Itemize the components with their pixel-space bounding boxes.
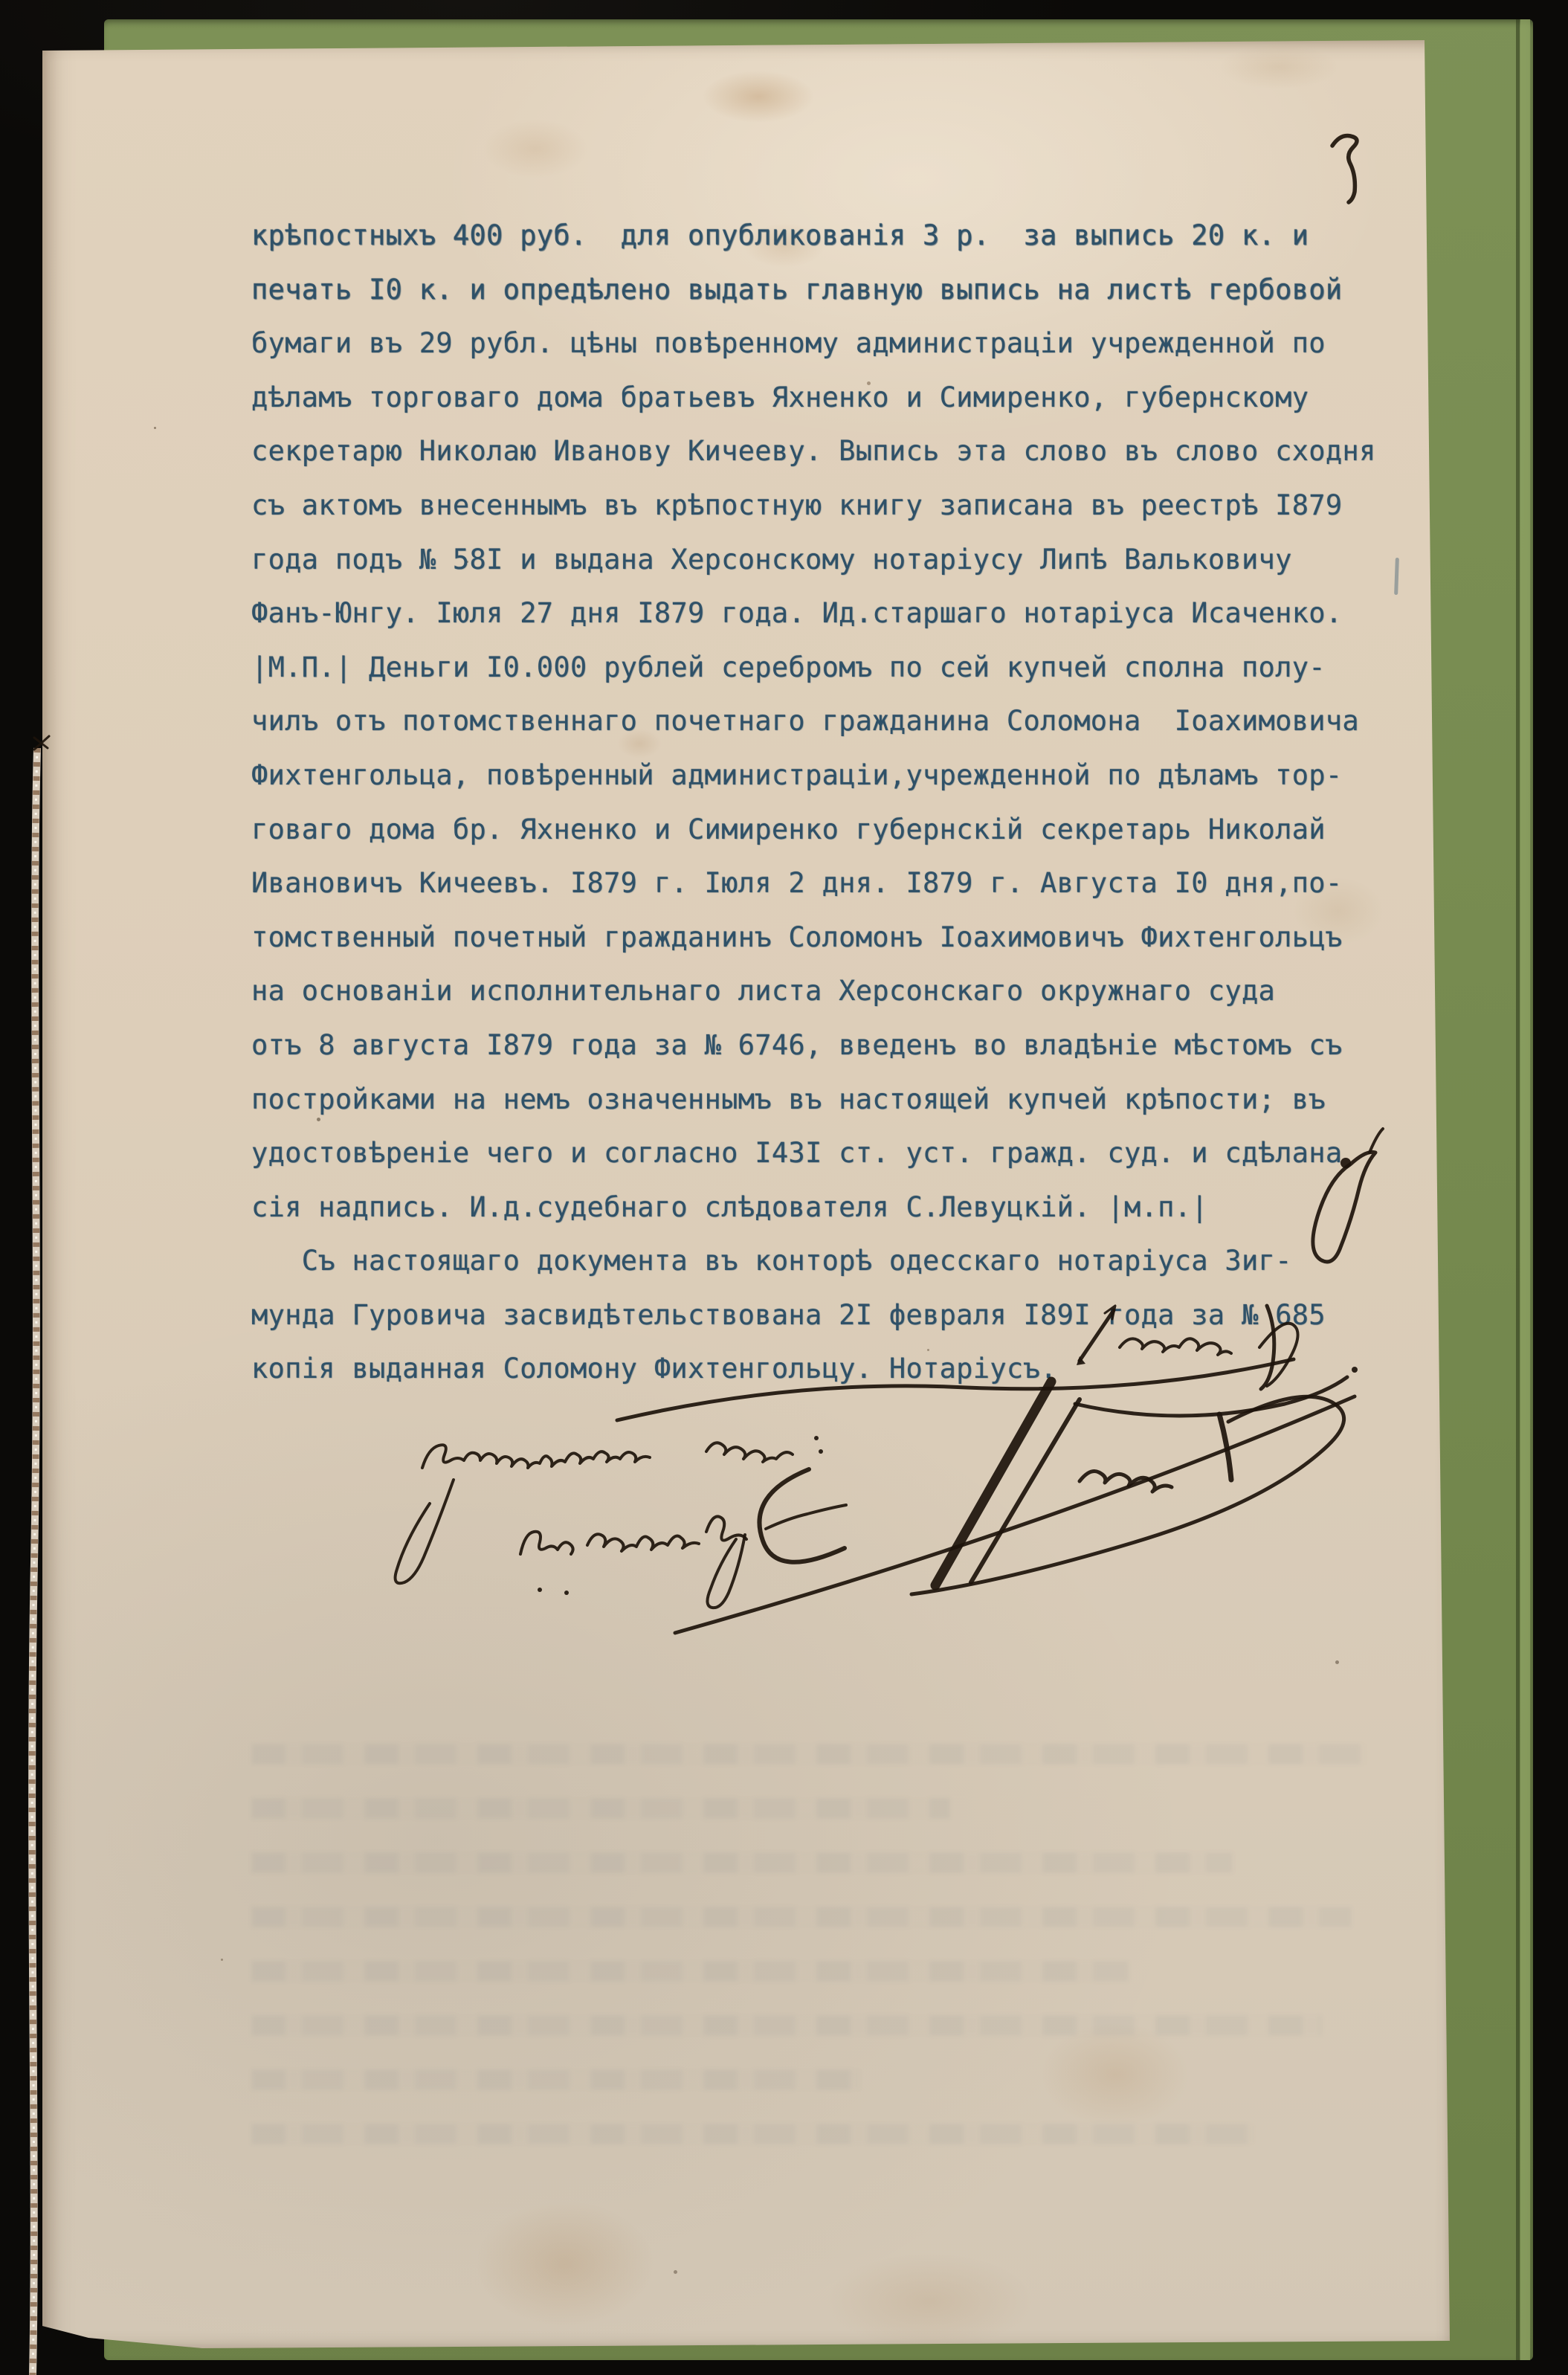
paper-specks	[154, 427, 156, 429]
typed-line: |М.П.| Деньги I0.000 рублей серебромъ по…	[251, 641, 1426, 695]
typed-line: Съ настоящаго документа въ конторѣ одесс…	[251, 1234, 1426, 1289]
typed-line: крѣпостныхъ 400 руб. для опубликованія 3…	[251, 209, 1426, 263]
bleed-through-line	[251, 1852, 1233, 1873]
paper-stain	[483, 119, 587, 178]
typed-line: говаго дома бр. Яхненко и Симиренко губе…	[251, 803, 1426, 857]
typed-line: удостовѣреніе чего и согласно I43I ст. у…	[251, 1127, 1426, 1181]
typed-line: мунда Гуровича засвидѣтельствована 2I фе…	[251, 1289, 1426, 1343]
paper-stain	[703, 71, 814, 123]
bleed-through-line	[251, 1961, 1129, 1982]
bleed-through-line	[251, 2015, 1322, 2036]
typed-line: Ивановичъ Кичеевъ. I879 г. Іюля 2 дня. I…	[251, 857, 1426, 911]
typed-line: постройками на немъ означеннымъ въ насто…	[251, 1073, 1426, 1127]
paper-stain	[1041, 2023, 1190, 2127]
document-page: крѣпостныхъ 400 руб. для опубликованія 3…	[42, 40, 1450, 2348]
bleed-through-line	[251, 2069, 861, 2090]
typed-line: Фихтенгольца, повѣренный администраціи,у…	[251, 749, 1426, 803]
typed-line: отъ 8 августа I879 года за № 6746, введе…	[251, 1019, 1426, 1073]
typed-line: дѣламъ торговаго дома братьевъ Яхненко и…	[251, 371, 1426, 425]
typed-line: бумаги въ 29 рубл. цѣны повѣренному адми…	[251, 317, 1426, 371]
typed-line: года подъ № 58I и выдана Херсонскому нот…	[251, 533, 1426, 587]
typed-line: копія выданная Соломону Фихтенгольцу. Но…	[251, 1342, 1426, 1396]
paper-stain	[825, 2253, 1033, 2350]
typed-line: на основаніи исполнительнаго листа Херсо…	[251, 964, 1426, 1019]
typed-line: томственный почетный гражданинъ Соломонъ…	[251, 911, 1426, 965]
cover-edge-highlight	[1520, 19, 1530, 2360]
bleed-through-line	[251, 1907, 1352, 1927]
typed-line: съ актомъ внесеннымъ въ крѣпостную книгу…	[251, 479, 1426, 533]
bleed-through-line	[251, 1744, 1367, 1765]
bleed-through-line	[251, 1798, 950, 1819]
paper-stain	[476, 2201, 654, 2327]
cover-fold-seam	[1516, 19, 1520, 2360]
paper-stain	[1219, 45, 1338, 89]
typed-line: сія надпись. И.д.судебнаго слѣдователя С…	[251, 1181, 1426, 1235]
typed-line: секретарю Николаю Иванову Кичееву. Выпис…	[251, 425, 1426, 479]
typewritten-text-block: крѣпостныхъ 400 руб. для опубликованія 3…	[251, 209, 1426, 1396]
typed-line: Фанъ-Юнгу. Іюля 27 дня I879 года. Ид.ста…	[251, 587, 1426, 641]
bleed-through-line	[251, 2124, 1255, 2144]
typed-line: чилъ отъ потомственнаго почетнаго гражда…	[251, 695, 1426, 749]
typed-line: печать I0 к. и опредѣлено выдать главную…	[251, 263, 1426, 318]
